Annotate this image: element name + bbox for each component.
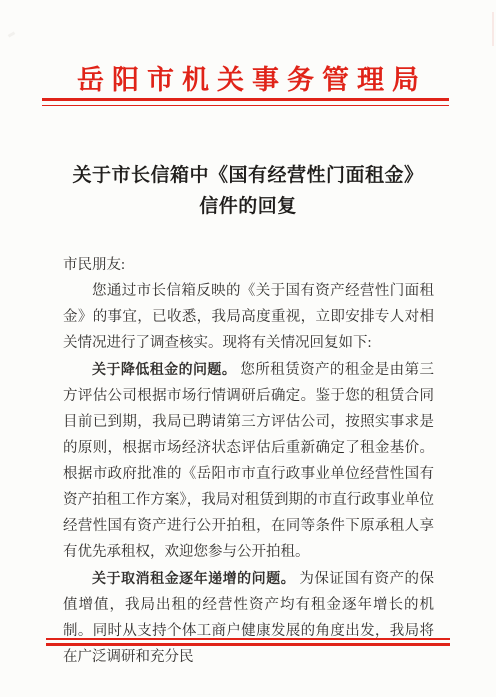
agency-name: 岳阳市机关事务管理局: [0, 58, 496, 97]
document-title: 关于市长信箱中《国有经营性门面租金》 信件的回复: [0, 160, 496, 222]
paragraph-rent-reduction-text: 您所租赁资产的租金是由第三方评估公司根据市场行情调研后确定。鉴于您的租赁合同目前…: [63, 362, 434, 560]
footer-rule-thin-line: [46, 638, 450, 640]
paragraph-rent-increase-lead: 关于取消租金逐年递增的问题。: [92, 570, 295, 586]
paragraph-rent-reduction-lead: 关于降低租金的问题。: [92, 361, 236, 377]
footer-rule-thick-line: [46, 643, 450, 646]
salutation: 市民朋友:: [63, 252, 434, 278]
paragraph-rent-increase: 关于取消租金逐年递增的问题。 为保证国有资产的保值增值，我局出租的经营性资产均有…: [63, 565, 434, 670]
document-page: 岳阳市机关事务管理局 关于市长信箱中《国有经营性门面租金》 信件的回复 市民朋友…: [0, 0, 496, 697]
letter-body: 市民朋友: 您通过市长信箱反映的《关于国有资产经营性门面租金》的事宜，已收悉，我…: [63, 252, 434, 670]
header-rule-thin-line: [42, 105, 449, 107]
header-rule-thick-line: [42, 98, 449, 101]
paragraph-intro-text: 您通过市长信箱反映的《关于国有资产经营性门面租金》的事宜，已收悉，我局高度重视，…: [63, 283, 434, 351]
scan-smudge-top-right: [492, 12, 494, 46]
header-double-rule: [42, 98, 449, 106]
document-title-line2: 信件的回复: [0, 191, 496, 222]
paragraph-intro: 您通过市长信箱反映的《关于国有资产经营性门面租金》的事宜，已收悉，我局高度重视，…: [63, 278, 434, 356]
footer-double-rule: [46, 638, 450, 646]
document-title-line1: 关于市长信箱中《国有经营性门面租金》: [0, 160, 496, 191]
scan-smudge-top-left: [8, 31, 16, 37]
paragraph-rent-reduction: 关于降低租金的问题。 您所租赁资产的租金是由第三方评估公司根据市场行情调研后确定…: [63, 356, 434, 565]
